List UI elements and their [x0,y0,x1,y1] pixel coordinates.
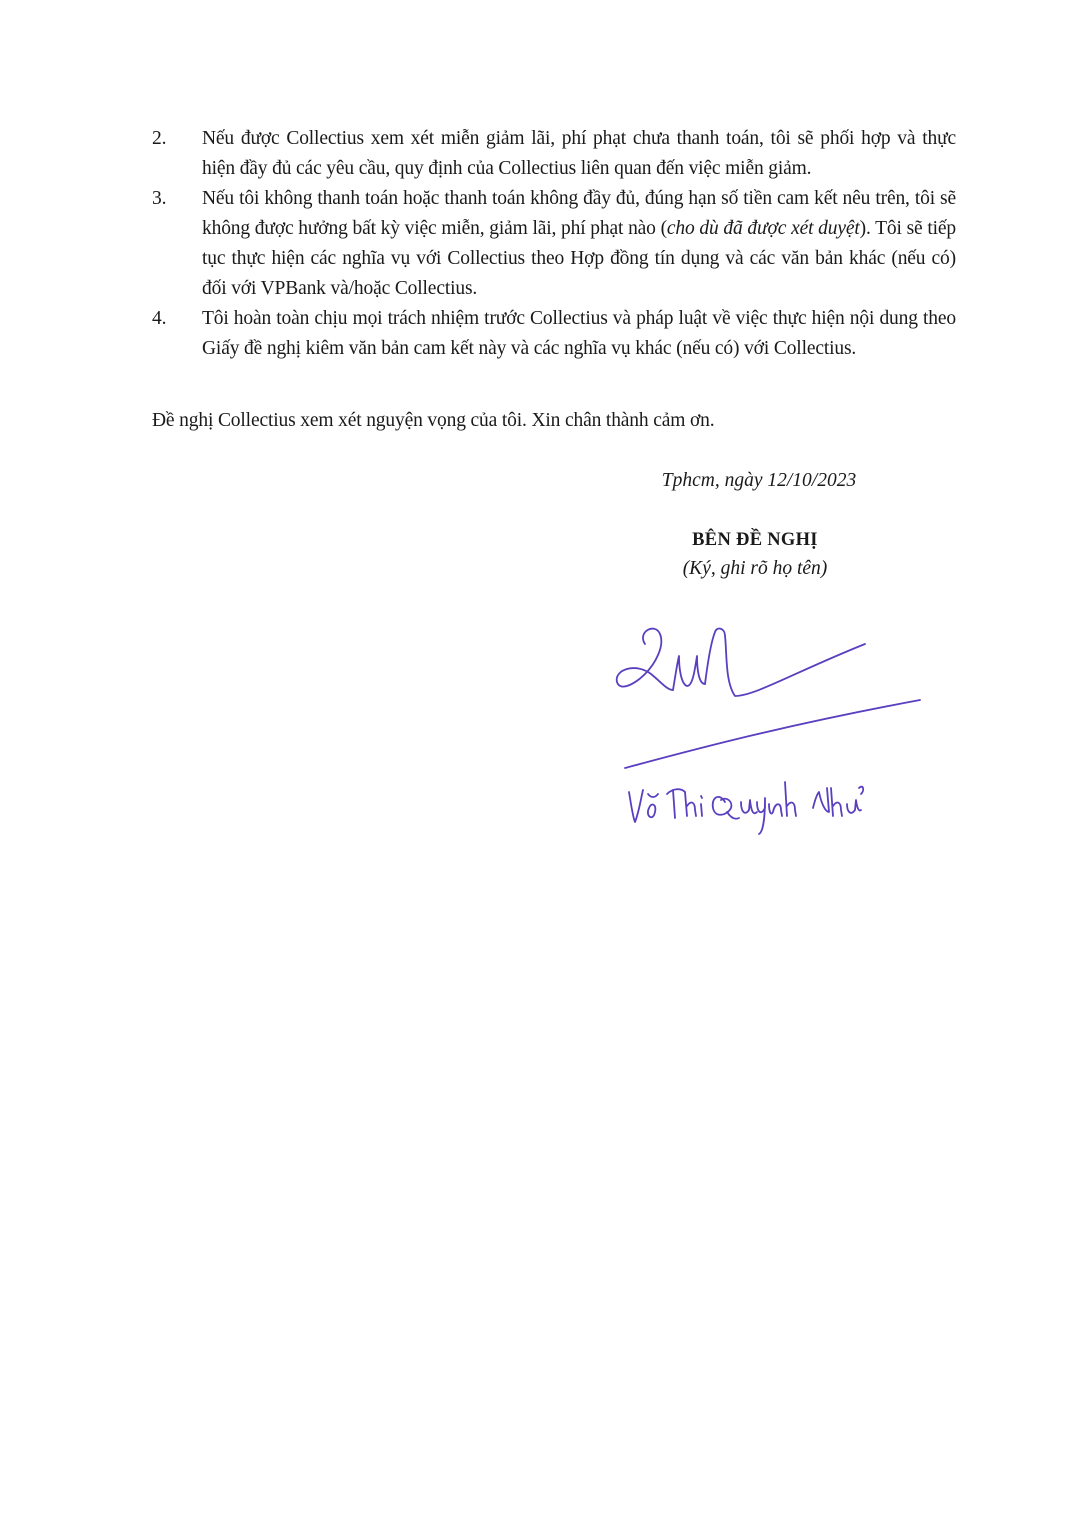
handwritten-signature [615,612,935,842]
list-item-number: 2. [152,124,166,154]
signature-block: Tphcm, ngày 12/10/2023 BÊN ĐỀ NGHỊ (Ký, … [600,466,910,584]
list-item: 3. Nếu tôi không thanh toán hoặc thanh t… [152,184,956,304]
list-item-text: Nếu được Collectius xem xét miễn giảm lã… [202,124,956,184]
italic-emphasis: cho dù đã được xét duyệt [667,218,860,239]
document-page: 2. Nếu được Collectius xem xét miễn giảm… [0,0,1072,1516]
signer-title: BÊN ĐỀ NGHỊ [600,526,910,554]
list-item-text: Nếu tôi không thanh toán hoặc thanh toán… [202,184,956,304]
signer-note: (Ký, ghi rõ họ tên) [600,554,910,584]
commitment-list: 2. Nếu được Collectius xem xét miễn giảm… [152,124,956,364]
list-item-text: Tôi hoàn toàn chịu mọi trách nhiệm trước… [202,304,956,364]
place-date: Tphcm, ngày 12/10/2023 [608,466,910,496]
list-item-number: 3. [152,184,166,214]
signature-icon [615,612,935,842]
closing-paragraph: Đề nghị Collectius xem xét nguyện vọng c… [152,406,714,436]
list-item-number: 4. [152,304,166,334]
list-item: 4. Tôi hoàn toàn chịu mọi trách nhiệm tr… [152,304,956,364]
list-item: 2. Nếu được Collectius xem xét miễn giảm… [152,124,956,184]
